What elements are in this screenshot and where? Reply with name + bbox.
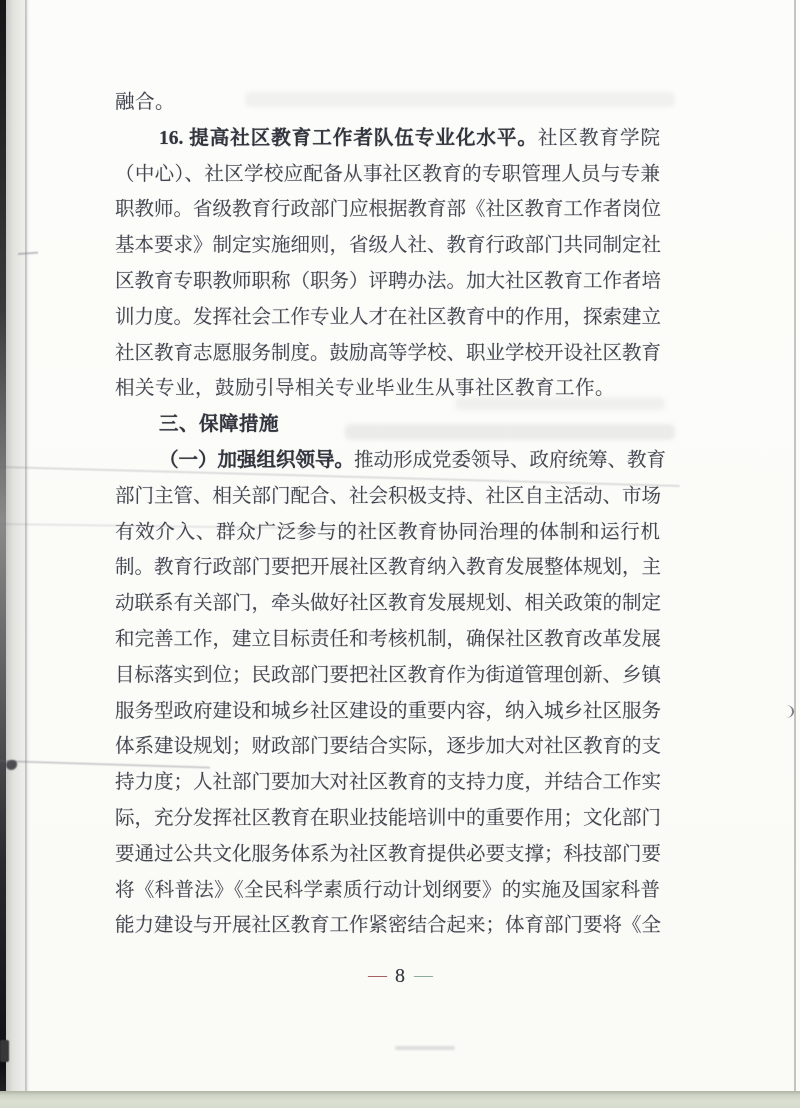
text-line: 相关专业，鼓励引导相关专业毕业生从事社区教育工作。 xyxy=(115,371,660,407)
fold-line xyxy=(25,0,27,1108)
text-run: 社区教育志愿服务制度。鼓励高等学校、职业学校开设社区教育 xyxy=(115,343,661,364)
scan-edge-left-margin xyxy=(6,0,26,1108)
text-run: 训力度。发挥社会工作专业人才在社区教育中的作用，探索建立 xyxy=(115,307,661,328)
text-line: 和完善工作，建立目标责任和考核机制，确保社区教育改革发展 xyxy=(115,622,660,658)
scan-speck xyxy=(786,705,794,718)
text-line: 目标落实到位；民政部门要把社区教育作为街道管理创新、乡镇 xyxy=(115,658,660,694)
text-line: 部门主管、相关部门配合、社会积极支持、社区自主活动、市场 xyxy=(115,479,660,515)
text-line: 基本要求》制定实施细则，省级人社、教育行政部门共同制定社 xyxy=(115,228,660,264)
scan-bottom-band xyxy=(0,1091,800,1108)
text-run: 有效介入、群众广泛参与的社区教育协同治理的体制和运行机 xyxy=(115,522,660,543)
text-run: 持力度；人社部门要加大对社区教育的支持力度，并结合工作实 xyxy=(115,772,661,793)
scan-edge-right xyxy=(794,0,796,1108)
text-line: 有效介入、群众广泛参与的社区教育协同治理的体制和运行机 xyxy=(115,515,660,551)
text-run: 动联系有关部门，牵头做好社区教育发展规划、相关政策的制定 xyxy=(115,593,661,614)
bold-run: （一）加强组织领导。 xyxy=(159,450,354,471)
text-run: 能力建设与开展社区教育工作紧密结合起来；体育部门要将《全 xyxy=(115,915,661,936)
bold-run: 三、保障措施 xyxy=(159,414,279,435)
text-line: 职教师。省级教育行政部门应根据教育部《社区教育工作者岗位 xyxy=(115,192,660,228)
fold-crease xyxy=(18,252,38,255)
page-number: 8 xyxy=(395,965,405,988)
text-run: 推动形成党委领导、政府统筹、教育 xyxy=(354,450,666,471)
text-run: 基本要求》制定实施细则，省级人社、教育行政部门共同制定社 xyxy=(115,235,661,256)
text-run: 和完善工作，建立目标责任和考核机制，确保社区教育改革发展 xyxy=(115,629,661,650)
text-run: 相关专业，鼓励引导相关专业毕业生从事社区教育工作。 xyxy=(115,378,615,399)
text-line: （中心）、社区学校应配备从事社区教育的专职管理人员与专兼 xyxy=(115,157,660,193)
text-run: 融合。 xyxy=(115,92,175,113)
text-line: 动联系有关部门，牵头做好社区教育发展规划、相关政策的制定 xyxy=(115,586,660,622)
section-heading: 三、保障措施 xyxy=(115,407,660,443)
text-line: 体系建设规划；财政部门要结合实际，逐步加大对社区教育的支 xyxy=(115,729,660,765)
text-run: 制。教育行政部门要把开展社区教育纳入教育发展整体规划，主 xyxy=(115,557,661,578)
text-run: 要通过公共文化服务体系为社区教育提供必要支撑；科技部门要 xyxy=(115,844,661,865)
scanned-document-page: 融合。 16. 提高社区教育工作者队伍专业化水平。社区教育学院 （中心）、社区学… xyxy=(0,0,800,1108)
text-run: 部门主管、相关部门配合、社会积极支持、社区自主活动、市场 xyxy=(115,486,661,507)
text-run: 区教育专职教师职称（职务）评聘办法。加大社区教育工作者培 xyxy=(115,271,661,292)
page-footer: — 8 — xyxy=(0,960,800,992)
text-run: 职教师。省级教育行政部门应根据教育部《社区教育工作者岗位 xyxy=(115,199,661,220)
document-body: 融合。 16. 提高社区教育工作者队伍专业化水平。社区教育学院 （中心）、社区学… xyxy=(115,85,660,944)
page-number-dash-left: — xyxy=(368,965,386,987)
scan-smudge xyxy=(395,1046,455,1050)
bold-run: 16. 提高社区教育工作者队伍专业化水平。 xyxy=(159,128,538,149)
text-line: 区教育专职教师职称（职务）评聘办法。加大社区教育工作者培 xyxy=(115,264,660,300)
text-line: 持力度；人社部门要加大对社区教育的支持力度，并结合工作实 xyxy=(115,765,660,801)
text-run: 体系建设规划；财政部门要结合实际，逐步加大对社区教育的支 xyxy=(115,736,661,757)
text-line: 制。教育行政部门要把开展社区教育纳入教育发展整体规划，主 xyxy=(115,550,660,586)
text-run: 将《科普法》《全民科学素质行动计划纲要》的实施及国家科普 xyxy=(115,880,660,901)
text-line: 社区教育志愿服务制度。鼓励高等学校、职业学校开设社区教育 xyxy=(115,336,660,372)
text-line: 16. 提高社区教育工作者队伍专业化水平。社区教育学院 xyxy=(115,121,660,157)
page-number-dash-right: — xyxy=(414,965,432,987)
text-run: 社区教育学院 xyxy=(538,128,660,149)
text-line: 训力度。发挥社会工作专业人才在社区教育中的作用，探索建立 xyxy=(115,300,660,336)
text-run: 际，充分发挥社区教育在职业技能培训中的重要作用；文化部门 xyxy=(115,808,661,829)
text-line: 能力建设与开展社区教育工作紧密结合起来；体育部门要将《全 xyxy=(115,908,660,944)
text-line: 将《科普法》《全民科学素质行动计划纲要》的实施及国家科普 xyxy=(115,873,660,909)
text-run: （中心）、社区学校应配备从事社区教育的专职管理人员与专兼 xyxy=(115,164,660,185)
text-line: 要通过公共文化服务体系为社区教育提供必要支撑；科技部门要 xyxy=(115,837,660,873)
text-line: 融合。 xyxy=(115,85,660,121)
text-line: 际，充分发挥社区教育在职业技能培训中的重要作用；文化部门 xyxy=(115,801,660,837)
text-run: 服务型政府建设和城乡社区建设的重要内容，纳入城乡社区服务 xyxy=(115,701,661,722)
text-line: 服务型政府建设和城乡社区建设的重要内容，纳入城乡社区服务 xyxy=(115,694,660,730)
scan-corner-mark xyxy=(0,1040,9,1062)
text-run: 目标落实到位；民政部门要把社区教育作为街道管理创新、乡镇 xyxy=(115,665,661,686)
text-line: （一）加强组织领导。推动形成党委领导、政府统筹、教育 xyxy=(115,443,660,479)
